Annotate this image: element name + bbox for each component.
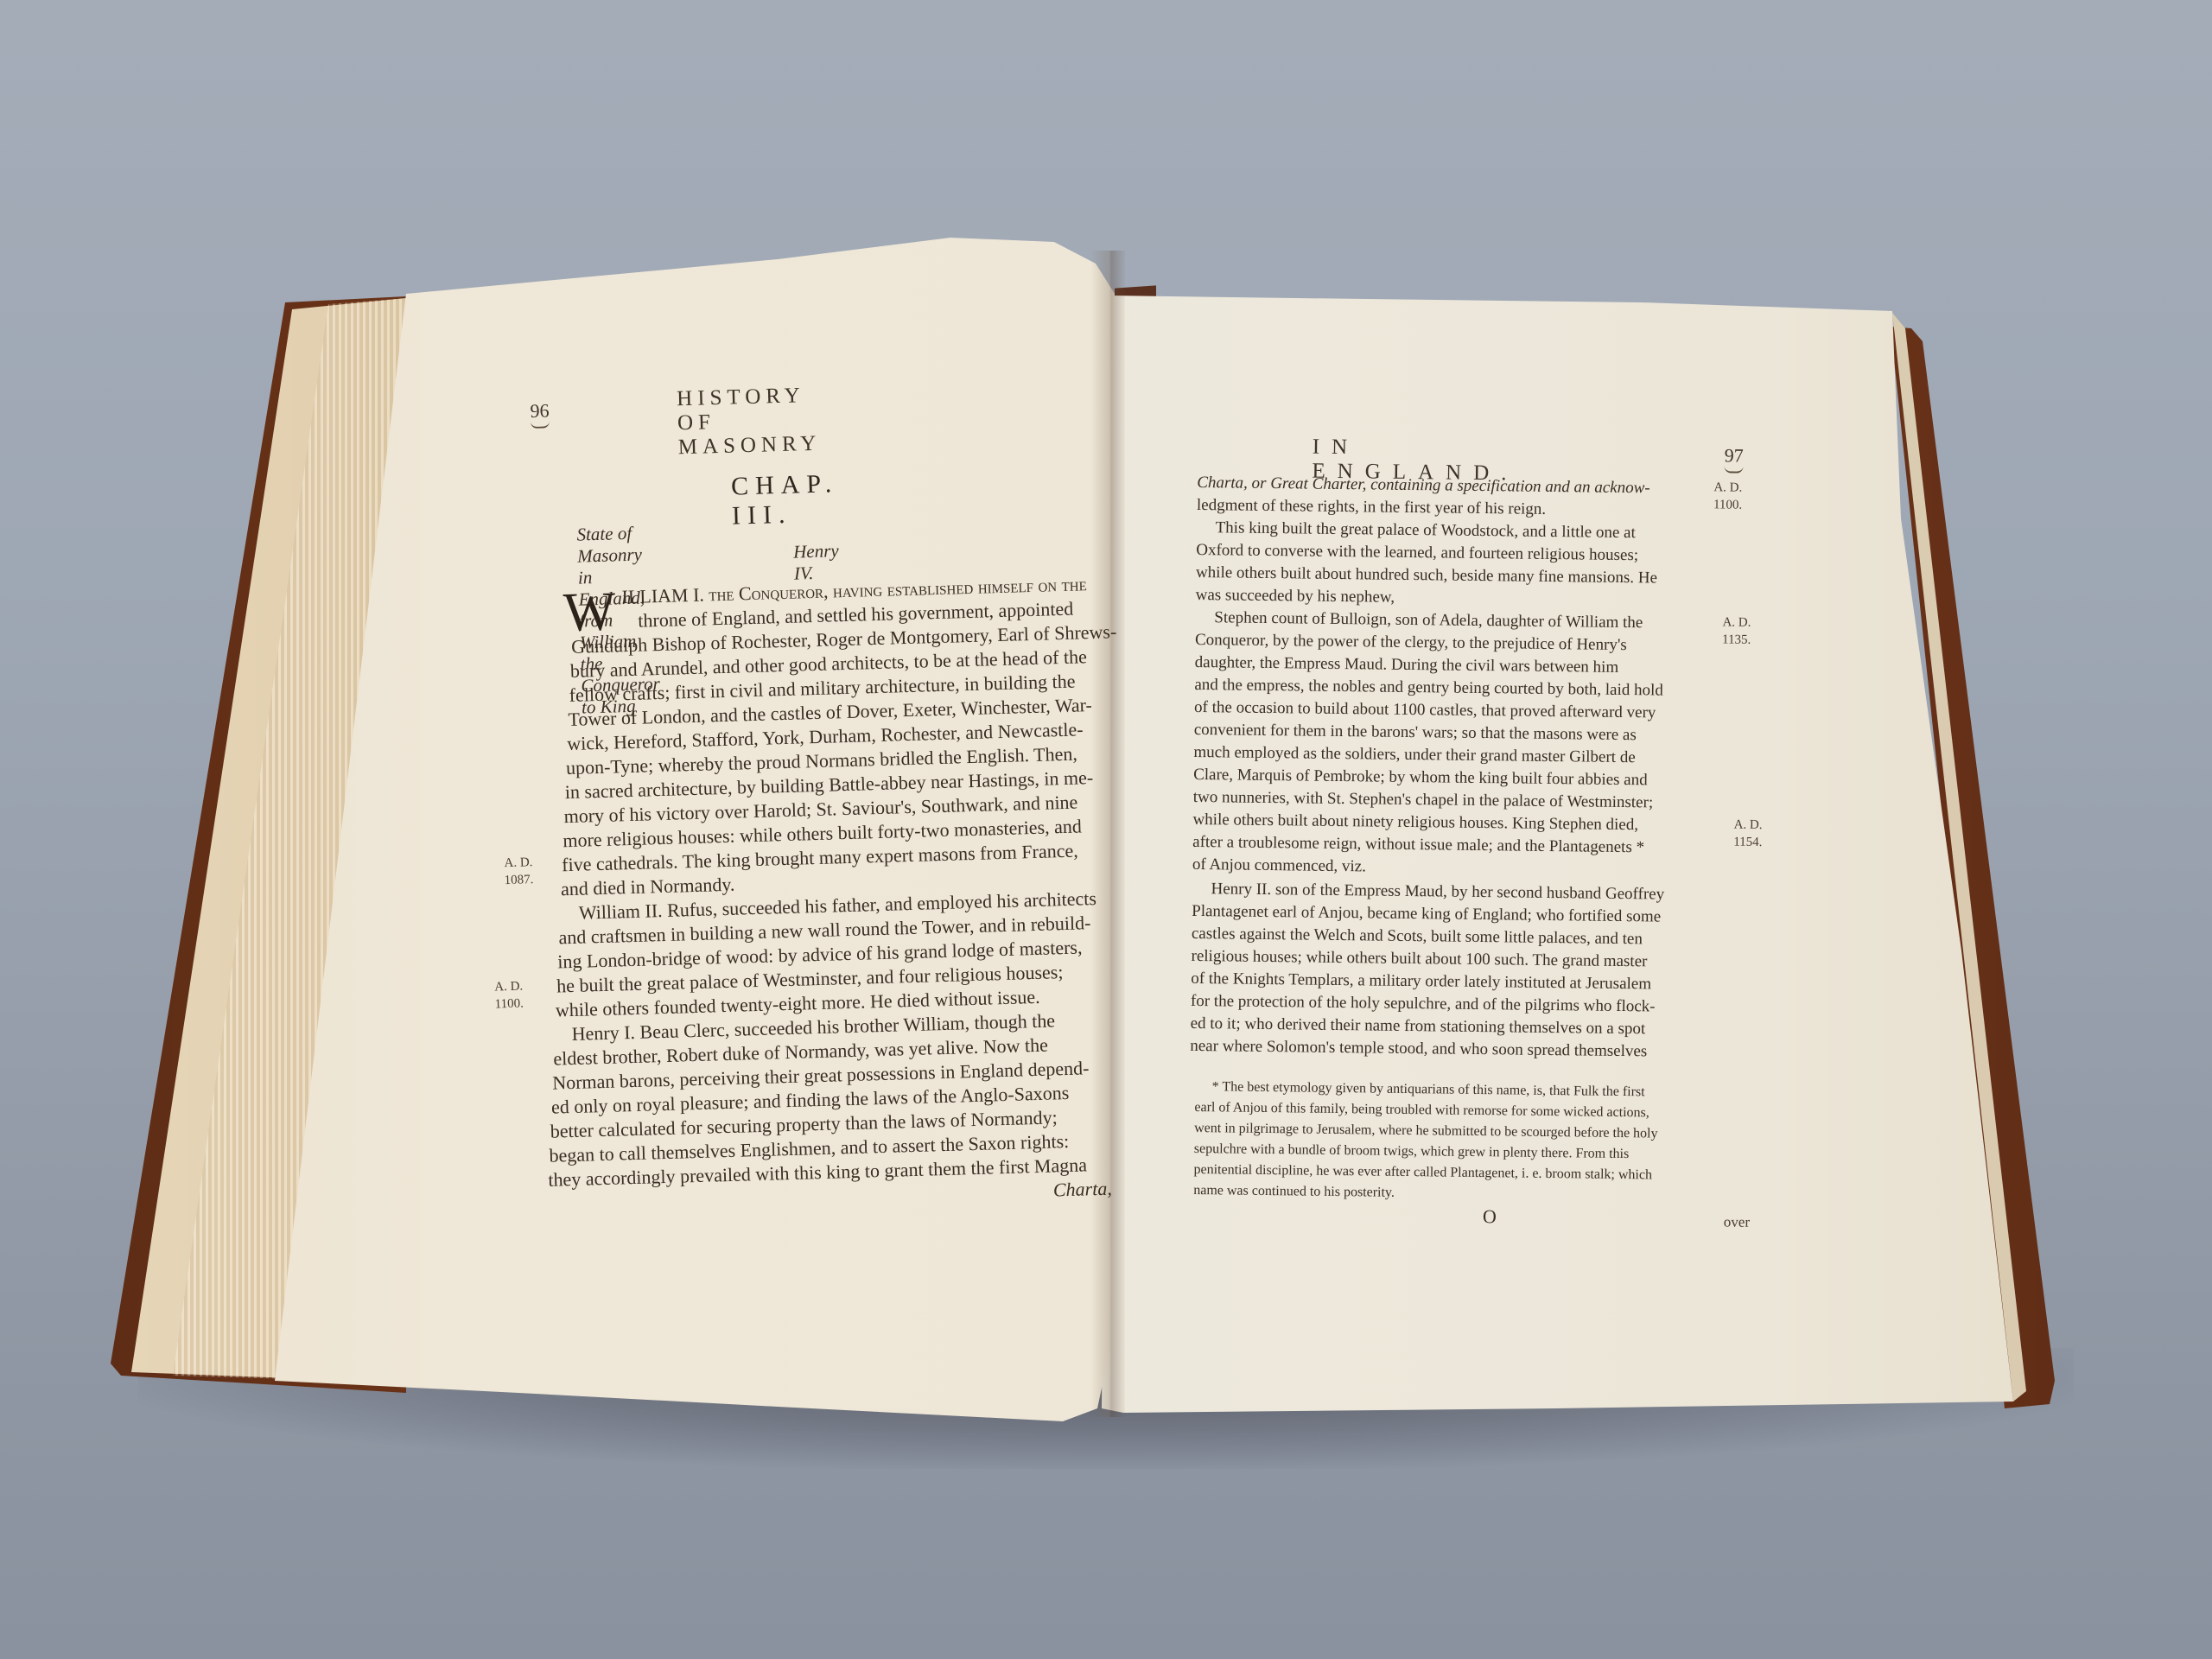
margin-note-1100: A. D.1100. <box>494 978 524 1014</box>
catchword: over <box>1724 1213 1750 1230</box>
text-line: and died in Normandy. <box>561 875 735 899</box>
chapter-subtitle-line2: Henry IV. <box>793 540 840 584</box>
text-line: was succeeded by his nephew, <box>1196 587 1395 606</box>
right-page-number: 97 <box>1724 444 1743 473</box>
left-running-head: HISTORY OF MASONRY <box>677 384 822 461</box>
margin-note-1100: A. D.1100. <box>1713 479 1743 513</box>
left-page-number: 96 <box>530 399 550 429</box>
signature-mark: O <box>1483 1205 1497 1228</box>
margin-note-1135: A. D.1135. <box>1722 613 1751 648</box>
margin-note-1087: A. D.1087. <box>504 854 534 889</box>
footnote-line: name was continued to his posterity. <box>1193 1183 1395 1201</box>
text-line: ledgment of these rights, in the first y… <box>1197 497 1546 518</box>
chapter-title: CHAP. III. <box>731 469 840 531</box>
text-line: of Anjou commenced, viz. <box>1192 856 1366 874</box>
catchword: Charta, <box>1053 1179 1112 1200</box>
gutter-shadow <box>1090 251 1125 1417</box>
margin-note-1154: A. D.1154. <box>1733 817 1763 851</box>
